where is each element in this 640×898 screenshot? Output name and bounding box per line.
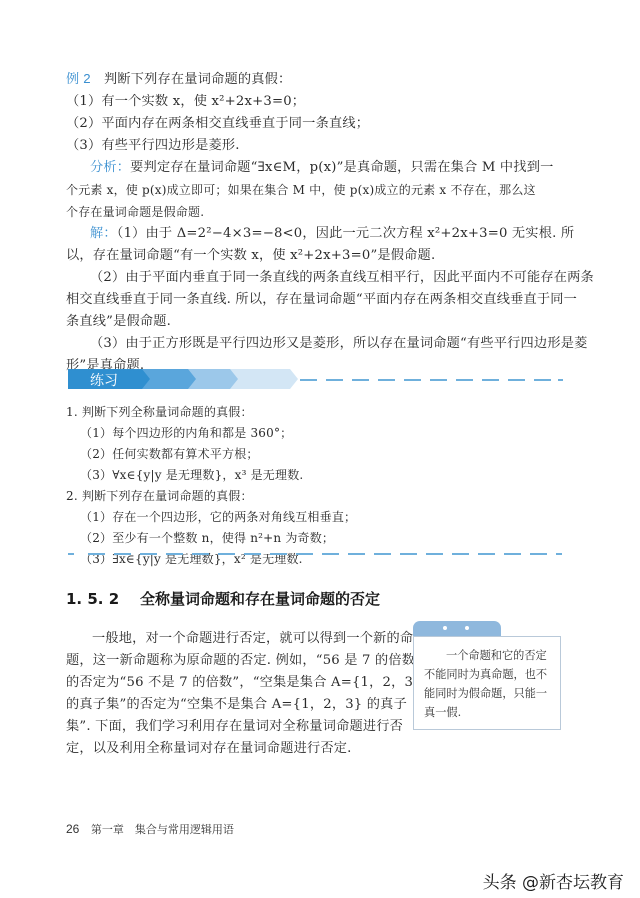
note-line: 不能同时为真命题，也不 (424, 665, 547, 684)
section-heading: 1. 5. 2 全称量词命题和存在量词命题的否定 (66, 588, 380, 609)
exercise-item: （1）存在一个四边形，它的两条对角线互相垂直； (80, 508, 356, 526)
body-line: 题，这一新命题称为原命题的否定. 例如，“56 是 7 的倍数” (66, 652, 422, 670)
note-line: 真一假. (424, 703, 461, 722)
body-line: 定，以及利用全称量词对存在量词命题进行否定. (66, 740, 352, 758)
page-footer: 26 第一章 集合与常用逻辑用语 (66, 821, 234, 837)
body-line: 一般地，对一个命题进行否定，就可以得到一个新的命 (92, 630, 413, 648)
example-label: 例 2 (66, 71, 91, 86)
exercise-item: （2）任何实数都有算术平方根； (80, 445, 259, 463)
analysis-line: 个存在量词命题是假命题. (66, 203, 204, 221)
solution-line: 解：（1）由于 Δ=2²−4×3=−8<0，因此一元二次方程 x²+2x+3=0… (90, 225, 574, 243)
note-line: 一个命题和它的否定 (446, 646, 547, 665)
solution-label: 解： (90, 226, 117, 241)
note-tab (413, 621, 501, 637)
example-heading: 例 2 判断下列存在量词命题的真假： (66, 70, 291, 89)
solution-line: 相交直线垂直于同一条直线. 所以，存在量词命题“平面内存在两条相交直线垂直于同一 (66, 291, 577, 309)
exercise-item: （3）∀x∈{y|y 是无理数}，x³ 是无理数. (80, 466, 303, 484)
section-number: 1. 5. 2 (66, 590, 119, 608)
note-line: 能同时为假命题，只能一 (424, 684, 547, 703)
note-dot-icon (443, 626, 447, 630)
example-prompt: 判断下列存在量词命题的真假： (104, 72, 291, 87)
exercise-item: （1）每个四边形的内角和都是 360°； (80, 424, 292, 442)
solution-line: 条直线”是假命题. (66, 313, 171, 331)
page-number: 26 (66, 822, 79, 836)
watermark: 头条 @新杏坛教育 (483, 868, 624, 893)
example-item: （3）有些平行四边形是菱形. (66, 137, 240, 155)
exercise-end-dash-line (68, 553, 563, 555)
textbook-page: 例 2 判断下列存在量词命题的真假： （1）有一个实数 x，使 x²+2x+3=… (0, 0, 640, 898)
banner-dash-line (300, 379, 563, 381)
solution-line: （3）由于正方形既是平行四边形又是菱形，所以存在量词命题“有些平行四边形是菱 (90, 335, 587, 353)
solution-line: （2）由于平面内垂直于同一条直线的两条直线互相平行，因此平面内不可能存在两条 (90, 269, 594, 287)
chapter-title: 第一章 集合与常用逻辑用语 (91, 823, 234, 836)
exercise-question: 2. 判断下列存在量词命题的真假： (66, 487, 253, 505)
analysis-line: 分析：要判定存在量词命题“∃x∈M，p(x)”是真命题，只需在集合 M 中找到一 (90, 159, 553, 177)
body-line: 集”. 下面，我们学习利用存在量词对全称量词命题进行否 (66, 718, 403, 736)
analysis-line: 个元素 x，使 p(x)成立即可；如果在集合 M 中，使 p(x)成立的元素 x… (66, 181, 536, 199)
body-line: 的否定为“56 不是 7 的倍数”，“空集是集合 A={1，2，3} (66, 674, 422, 692)
example-item: （2）平面内存在两条相交直线垂直于同一条直线； (66, 115, 369, 133)
example-item: （1）有一个实数 x，使 x²+2x+3=0； (66, 93, 305, 111)
exercise-item: （2）至少有一个整数 n，使得 n²+n 为奇数； (80, 529, 334, 547)
section-title: 全称量词命题和存在量词命题的否定 (140, 590, 380, 608)
note-dot-icon (465, 626, 469, 630)
body-line: 的真子集”的否定为“空集不是集合 A={1，2，3} 的真子 (66, 696, 407, 714)
exercise-title: 练习 (90, 370, 118, 390)
solution-line: 以，存在量词命题“有一个实数 x，使 x²+2x+3=0”是假命题. (66, 247, 435, 265)
exercise-question: 1. 判断下列全称量词命题的真假： (66, 403, 253, 421)
analysis-label: 分析： (90, 160, 130, 175)
